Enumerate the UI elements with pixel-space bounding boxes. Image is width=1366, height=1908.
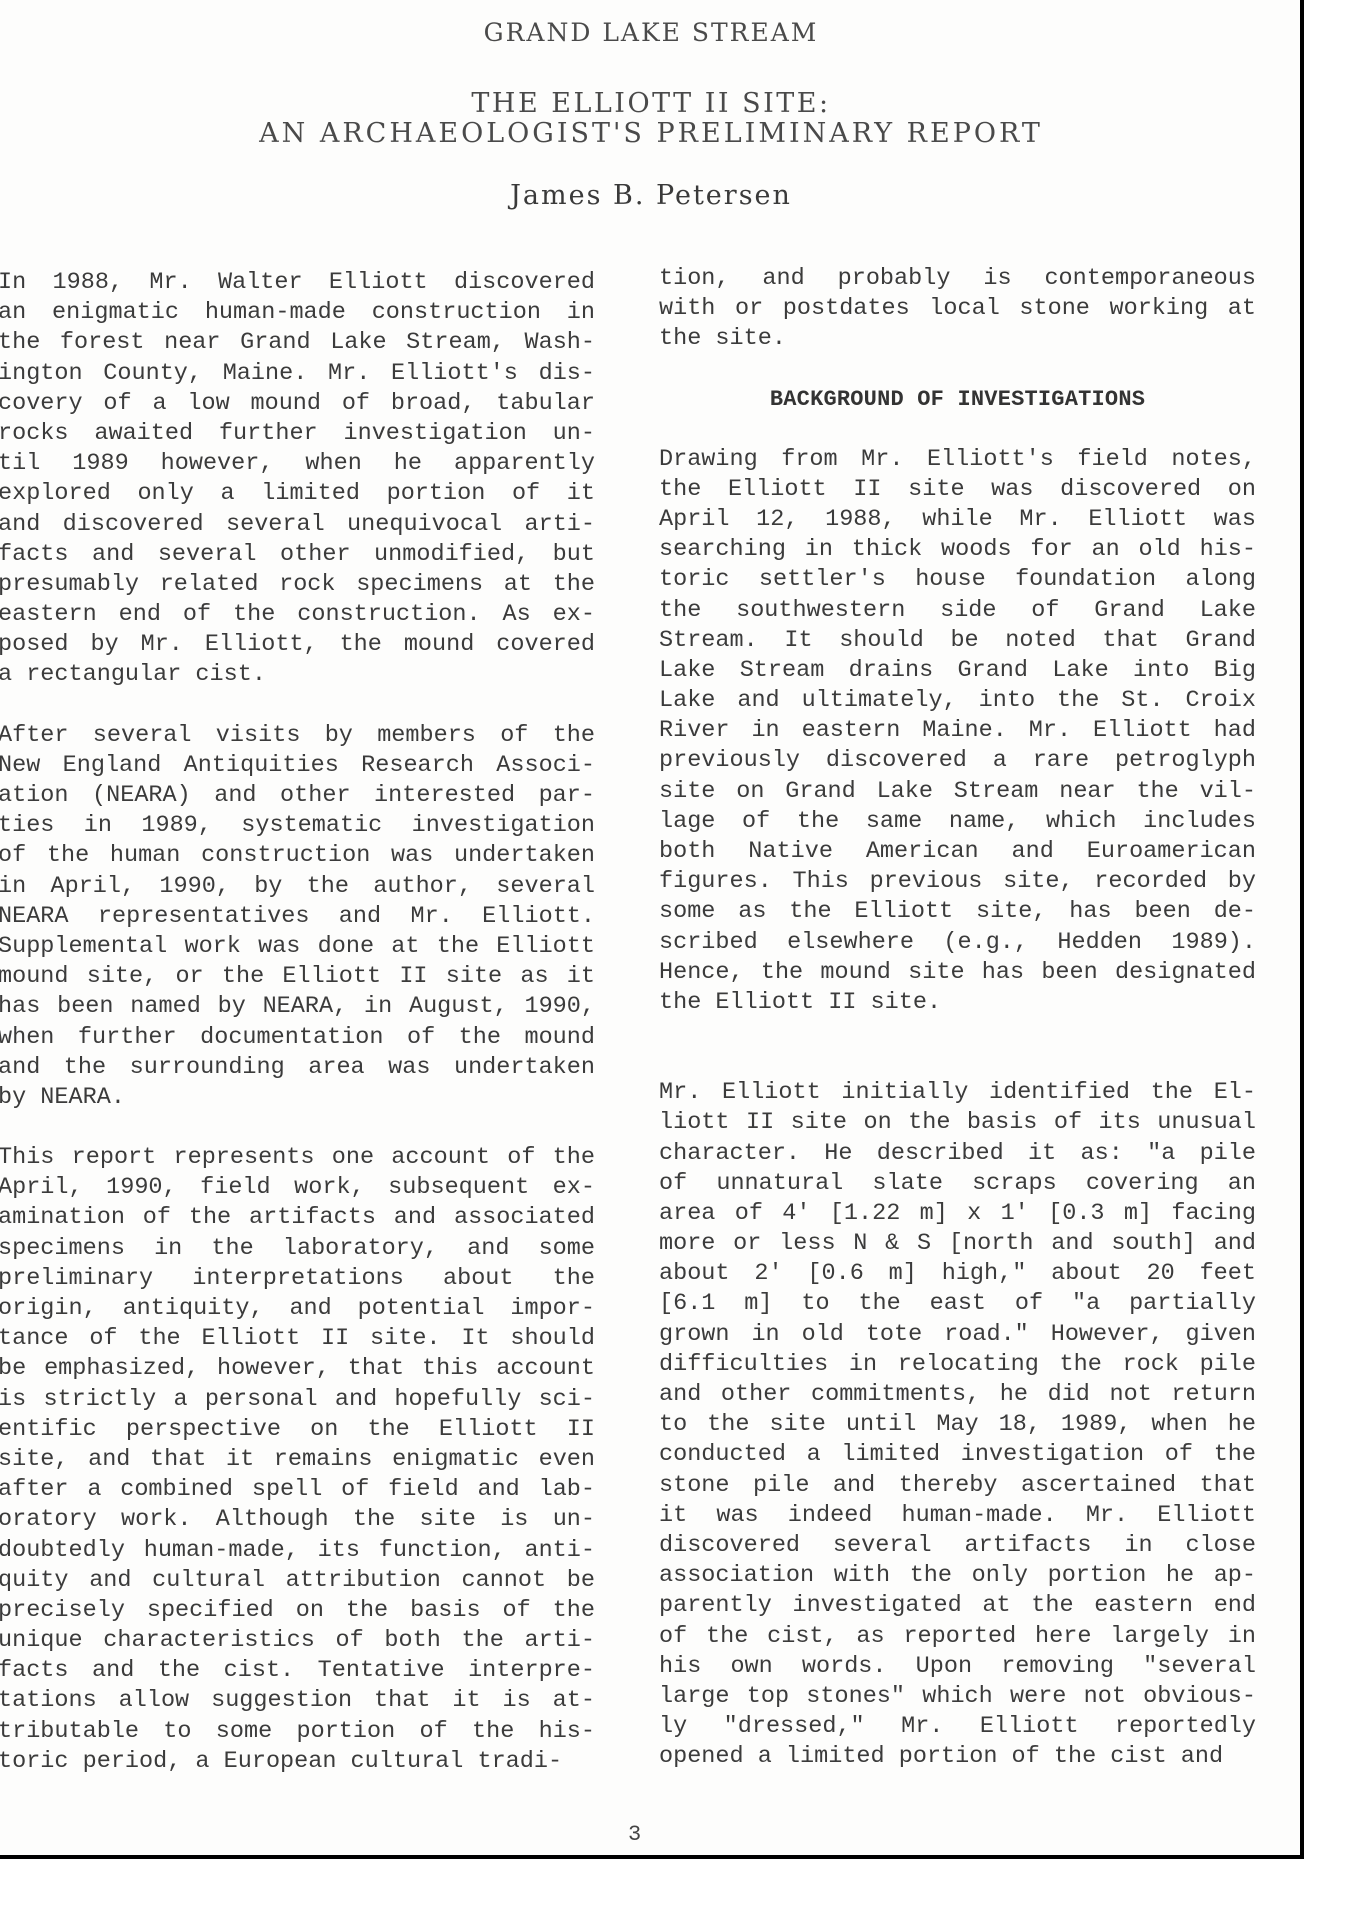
- text-line: the southwestern side of Grand Lake: [659, 596, 1256, 626]
- text-line: In 1988, Mr. Walter Elliott discovered: [0, 268, 595, 298]
- text-line: lage of the same name, which includes: [659, 807, 1256, 837]
- paragraph-spacer: [659, 355, 1256, 385]
- text-line: to the site until May 18, 1989, when he: [659, 1410, 1256, 1440]
- text-line: Drawing from Mr. Elliott's field notes,: [659, 445, 1256, 475]
- text-line: liott II site on the basis of its unusua…: [659, 1108, 1256, 1138]
- paragraph: Mr. Elliott initially identified the El-…: [659, 1078, 1256, 1772]
- text-line: the site.: [659, 324, 1256, 354]
- text-line: site on Grand Lake Stream near the vil-: [659, 777, 1256, 807]
- paragraph: Drawing from Mr. Elliott's field notes,t…: [659, 445, 1256, 1019]
- text-line: origin, antiquity, and potential impor-: [0, 1294, 595, 1324]
- text-line: when further documentation of the mound: [0, 1023, 595, 1053]
- text-line: unique characteristics of both the arti-: [0, 1626, 595, 1656]
- paragraph: This report represents one account of th…: [0, 1143, 595, 1777]
- text-line: eastern end of the construction. As ex-: [0, 600, 595, 630]
- text-line: is strictly a personal and hopefully sci…: [0, 1385, 595, 1415]
- text-line: be emphasized, however, that this accoun…: [0, 1354, 595, 1384]
- text-line: ly "dressed," Mr. Elliott reportedly: [659, 1712, 1256, 1742]
- text-line: previously discovered a rare petroglyph: [659, 746, 1256, 776]
- text-line: posed by Mr. Elliott, the mound covered: [0, 630, 595, 660]
- text-line: more or less N & S [north and south] and: [659, 1229, 1256, 1259]
- text-line: stone pile and thereby ascertained that: [659, 1471, 1256, 1501]
- text-line: tributable to some portion of the his-: [0, 1717, 595, 1747]
- text-line: the Elliott II site.: [659, 988, 1256, 1018]
- text-line: character. He described it as: "a pile: [659, 1139, 1256, 1169]
- article-title-line-1: THE ELLIOTT II SITE:: [0, 88, 1306, 119]
- text-line: mound site, or the Elliott II site as it: [0, 962, 595, 992]
- text-line: toric settler's house foundation along: [659, 565, 1256, 595]
- text-line: [6.1 m] to the east of "a partially: [659, 1289, 1256, 1319]
- text-line: facts and several other unmodified, but: [0, 540, 595, 570]
- text-line: quity and cultural attribution cannot be: [0, 1566, 595, 1596]
- text-line: has been named by NEARA, in August, 1990…: [0, 992, 595, 1022]
- text-line: preliminary interpretations about the: [0, 1264, 595, 1294]
- paragraph-spacer: [0, 691, 595, 721]
- text-line: amination of the artifacts and associate…: [0, 1203, 595, 1233]
- paragraph-spacer: [659, 1018, 1256, 1078]
- paragraph-spacer: [0, 1113, 595, 1143]
- text-line: Stream. It should be noted that Grand: [659, 626, 1256, 656]
- text-line: precisely specified on the basis of the: [0, 1596, 595, 1626]
- right-text-column: tion, and probably is contemporaneouswit…: [659, 264, 1256, 1772]
- text-line: This report represents one account of th…: [0, 1143, 595, 1173]
- text-line: large top stones" which were not obvious…: [659, 1682, 1256, 1712]
- text-line: tance of the Elliott II site. It should: [0, 1324, 595, 1354]
- text-line: of the human construction was undertaken: [0, 841, 595, 871]
- text-line: searching in thick woods for an old his-: [659, 535, 1256, 565]
- text-line: doubtedly human-made, its function, anti…: [0, 1536, 595, 1566]
- text-line: April 12, 1988, while Mr. Elliott was: [659, 505, 1256, 535]
- text-line: Mr. Elliott initially identified the El-: [659, 1078, 1256, 1108]
- text-line: entific perspective on the Elliott II: [0, 1415, 595, 1445]
- left-text-column: In 1988, Mr. Walter Elliott discoveredan…: [0, 268, 595, 1777]
- text-line: Supplemental work was done at the Elliot…: [0, 932, 595, 962]
- text-line: it was indeed human-made. Mr. Elliott: [659, 1501, 1256, 1531]
- text-line: facts and the cist. Tentative interpre-: [0, 1656, 595, 1686]
- text-line: the forest near Grand Lake Stream, Wash-: [0, 328, 595, 358]
- text-line: about 2' [0.6 m] high," about 20 feet: [659, 1259, 1256, 1289]
- text-line: and discovered several unequivocal arti-: [0, 510, 595, 540]
- text-line: presumably related rock specimens at the: [0, 570, 595, 600]
- text-line: New England Antiquities Research Associ-: [0, 751, 595, 781]
- section-heading: BACKGROUND OF INVESTIGATIONS: [659, 385, 1256, 415]
- text-line: with or postdates local stone working at: [659, 294, 1256, 324]
- document-page: GRAND LAKE STREAM THE ELLIOTT II SITE: A…: [0, 0, 1304, 1859]
- text-line: oratory work. Although the site is un-: [0, 1505, 595, 1535]
- text-line: ington County, Maine. Mr. Elliott's dis-: [0, 359, 595, 389]
- text-line: difficulties in relocating the rock pile: [659, 1350, 1256, 1380]
- text-line: and other commitments, he did not return: [659, 1380, 1256, 1410]
- text-line: site, and that it remains enigmatic even: [0, 1445, 595, 1475]
- text-line: scribed elsewhere (e.g., Hedden 1989).: [659, 928, 1256, 958]
- text-line: opened a limited portion of the cist and: [659, 1742, 1256, 1772]
- text-line: both Native American and Euroamerican: [659, 837, 1256, 867]
- text-line: discovered several artifacts in close: [659, 1531, 1256, 1561]
- text-line: the Elliott II site was discovered on: [659, 475, 1256, 505]
- text-line: figures. This previous site, recorded by: [659, 867, 1256, 897]
- text-line: association with the only portion he ap-: [659, 1561, 1256, 1591]
- text-line: parently investigated at the eastern end: [659, 1591, 1256, 1621]
- text-line: a rectangular cist.: [0, 660, 595, 690]
- text-line: grown in old tote road." However, given: [659, 1320, 1256, 1350]
- text-line: an enigmatic human-made construction in: [0, 298, 595, 328]
- text-line: tion, and probably is contemporaneous: [659, 264, 1256, 294]
- text-line: til 1989 however, when he apparently: [0, 449, 595, 479]
- text-line: after a combined spell of field and lab-: [0, 1475, 595, 1505]
- text-line: toric period, a European cultural tradi-: [0, 1747, 595, 1777]
- text-line: his own words. Upon removing "several: [659, 1652, 1256, 1682]
- text-line: of the cist, as reported here largely in: [659, 1622, 1256, 1652]
- text-line: of unnatural slate scraps covering an: [659, 1169, 1256, 1199]
- text-line: rocks awaited further investigation un-: [0, 419, 595, 449]
- text-line: some as the Elliott site, has been de-: [659, 897, 1256, 927]
- text-line: specimens in the laboratory, and some: [0, 1234, 595, 1264]
- text-line: area of 4' [1.22 m] x 1' [0.3 m] facing: [659, 1199, 1256, 1229]
- text-line: in April, 1990, by the author, several: [0, 872, 595, 902]
- text-line: ation (NEARA) and other interested par-: [0, 781, 595, 811]
- text-line: conducted a limited investigation of the: [659, 1440, 1256, 1470]
- paragraph-continuation: tion, and probably is contemporaneouswit…: [659, 264, 1256, 355]
- text-line: Hence, the mound site has been designate…: [659, 958, 1256, 988]
- text-line: After several visits by members of the: [0, 721, 595, 751]
- page-number: 3: [628, 1822, 641, 1847]
- text-line: tations allow suggestion that it is at-: [0, 1686, 595, 1716]
- text-line: ties in 1989, systematic investigation: [0, 811, 595, 841]
- paragraph: In 1988, Mr. Walter Elliott discoveredan…: [0, 268, 595, 691]
- paragraph-spacer: [659, 415, 1256, 445]
- text-line: and the surrounding area was undertaken: [0, 1053, 595, 1083]
- author-byline: James B. Petersen: [0, 180, 1306, 211]
- text-line: Lake and ultimately, into the St. Croix: [659, 686, 1256, 716]
- paragraph: After several visits by members of theNe…: [0, 721, 595, 1113]
- text-line: Lake Stream drains Grand Lake into Big: [659, 656, 1256, 686]
- running-title: GRAND LAKE STREAM: [0, 18, 1306, 47]
- text-line: explored only a limited portion of it: [0, 479, 595, 509]
- text-line: April, 1990, field work, subsequent ex-: [0, 1173, 595, 1203]
- text-line: by NEARA.: [0, 1083, 595, 1113]
- article-title-line-2: AN ARCHAEOLOGIST'S PRELIMINARY REPORT: [0, 118, 1306, 149]
- text-line: River in eastern Maine. Mr. Elliott had: [659, 716, 1256, 746]
- text-line: covery of a low mound of broad, tabular: [0, 389, 595, 419]
- text-line: NEARA representatives and Mr. Elliott.: [0, 902, 595, 932]
